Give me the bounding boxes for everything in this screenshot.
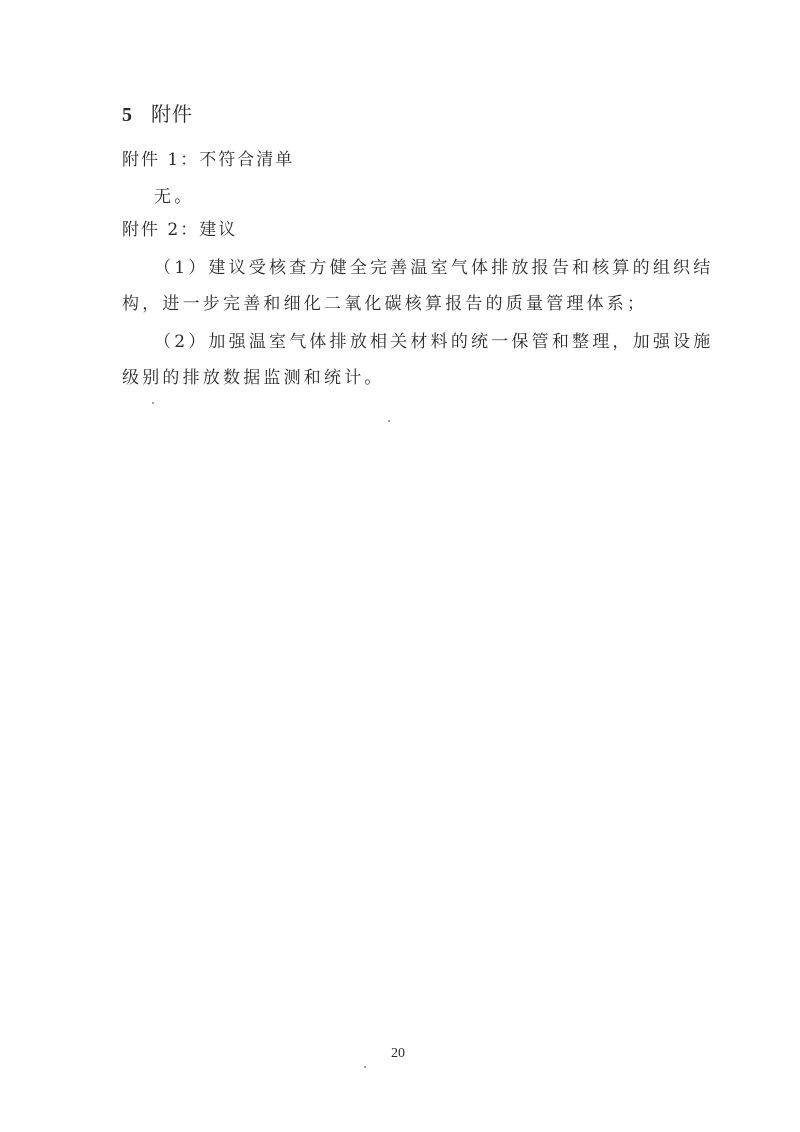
attachment-1-content: 无。 bbox=[154, 182, 194, 207]
suggestion-1-line-1: （1）建议受核查方健全完善温室气体排放报告和核算的组织结 bbox=[154, 253, 713, 278]
suggestion-2-line-2: 级别的排放数据监测和统计。 bbox=[122, 363, 385, 388]
suggestion-2-line-1: （2）加强温室气体排放相关材料的统一保管和整理，加强设施 bbox=[154, 327, 713, 352]
suggestion-1-line-2: 构，进一步完善和细化二氧化碳核算报告的质量管理体系； bbox=[122, 289, 647, 314]
page-number: 20 bbox=[391, 1046, 405, 1062]
section-number: 5 bbox=[122, 104, 133, 126]
attachment-1-heading: 附件 1：不符合清单 bbox=[122, 145, 294, 170]
document-page: 5附件 附件 1：不符合清单 无。 附件 2：建议 （1）建议受核查方健全完善温… bbox=[0, 0, 800, 1132]
scan-speck bbox=[364, 1066, 366, 1068]
scan-speck bbox=[388, 420, 390, 422]
section-title: 附件 bbox=[151, 102, 193, 126]
attachment-2-heading: 附件 2：建议 bbox=[122, 215, 237, 240]
scan-speck bbox=[152, 402, 154, 404]
section-heading: 5附件 bbox=[122, 98, 193, 127]
